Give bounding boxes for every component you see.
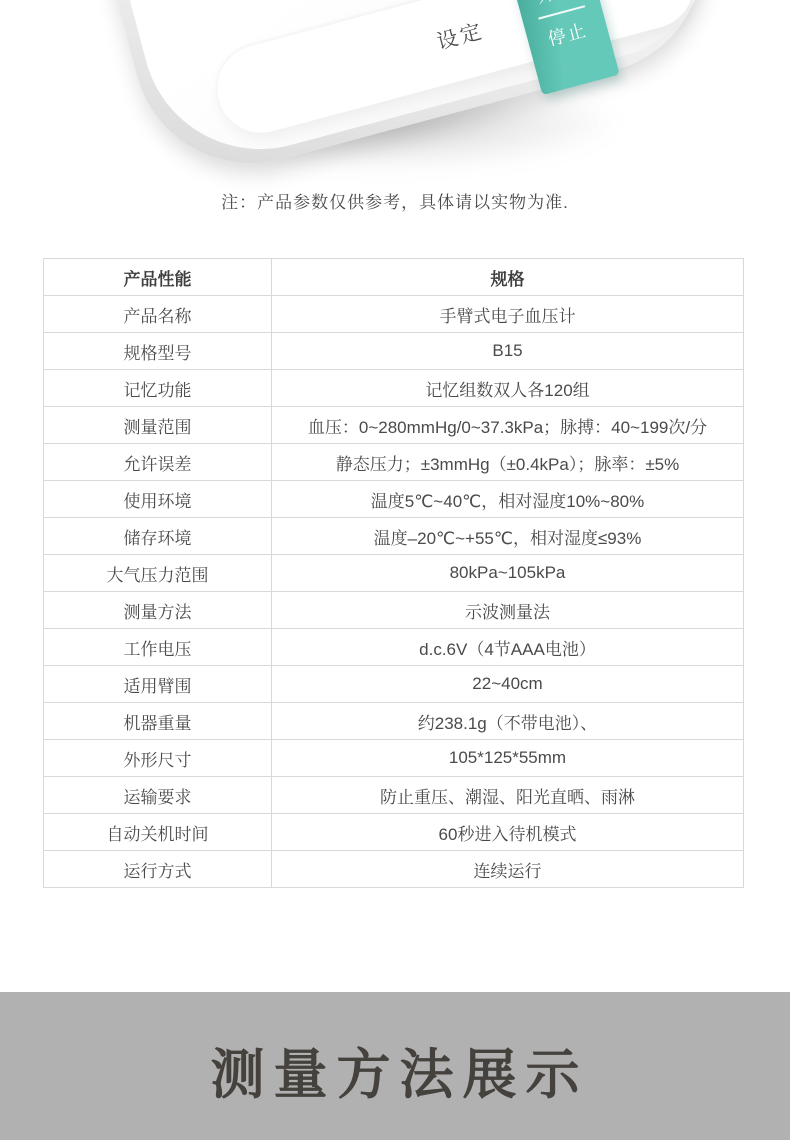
spec-label-cell: 产品名称 [44, 296, 272, 333]
spec-label-cell: 规格型号 [44, 333, 272, 370]
spec-header-spec: 规格 [272, 259, 744, 296]
table-row: 允许误差 静态压力；±3mmHg（±0.4kPa）；脉率：±5% [44, 444, 744, 481]
table-row: 自动关机时间 60秒进入待机模式 [44, 814, 744, 851]
table-row: 运输要求 防止重压、潮湿、阳光直晒、雨淋 [44, 777, 744, 814]
table-row: 产品名称 手臂式电子血压计 [44, 296, 744, 333]
table-row: 外形尺寸 105*125*55mm [44, 740, 744, 777]
spec-value-cell: 连续运行 [272, 851, 744, 888]
spec-value-cell: 温度–20℃~+55℃，相对湿度≤93% [272, 518, 744, 555]
disclaimer-note: 注：产品参数仅供参考，具体请以实物为准. [0, 188, 790, 213]
table-row: 大气压力范围 80kPa~105kPa [44, 555, 744, 592]
section-banner: 测量方法展示 [0, 992, 790, 1140]
spec-label-cell: 储存环境 [44, 518, 272, 555]
spec-label-cell: 使用环境 [44, 481, 272, 518]
spec-label-cell: 机器重量 [44, 703, 272, 740]
spec-label-cell: 运输要求 [44, 777, 272, 814]
table-row: 运行方式 连续运行 [44, 851, 744, 888]
device-start-stop-button: 开始 停止 [510, 0, 620, 95]
spec-value-cell: 22~40cm [272, 666, 744, 703]
spec-value-cell: d.c.6V（4节AAA电池） [272, 629, 744, 666]
product-photo: 设定 开始 停止 注：产品参数仅供参考，具体请以实物为准. [0, 0, 790, 232]
table-row: 使用环境 温度5℃~40℃，相对湿度10%~80% [44, 481, 744, 518]
spec-value-cell: 静态压力；±3mmHg（±0.4kPa）；脉率：±5% [272, 444, 744, 481]
spec-label-cell: 测量范围 [44, 407, 272, 444]
table-row: 适用臂围 22~40cm [44, 666, 744, 703]
spec-value-cell: 防止重压、潮湿、阳光直晒、雨淋 [272, 777, 744, 814]
spec-label-cell: 大气压力范围 [44, 555, 272, 592]
table-row: 机器重量 约238.1g（不带电池）、 [44, 703, 744, 740]
spec-label-cell: 外形尺寸 [44, 740, 272, 777]
spec-value-cell: 手臂式电子血压计 [272, 296, 744, 333]
spec-table: 产品性能 规格 产品名称 手臂式电子血压计 规格型号 B15 记忆功能 记忆组数… [43, 258, 744, 888]
spec-label-cell: 允许误差 [44, 444, 272, 481]
spec-label-cell: 自动关机时间 [44, 814, 272, 851]
spec-label-cell: 工作电压 [44, 629, 272, 666]
spec-value-cell: 约238.1g（不带电池）、 [272, 703, 744, 740]
spec-value-cell: B15 [272, 333, 744, 370]
spec-label-cell: 适用臂围 [44, 666, 272, 703]
spec-label-cell: 运行方式 [44, 851, 272, 888]
table-row: 规格型号 B15 [44, 333, 744, 370]
spec-value-cell: 60秒进入待机模式 [272, 814, 744, 851]
device-stop-label: 停止 [545, 16, 590, 51]
table-row: 测量范围 血压：0~280mmHg/0~37.3kPa；脉搏：40~199次/分 [44, 407, 744, 444]
table-row: 记忆功能 记忆组数双人各120组 [44, 370, 744, 407]
spec-label-cell: 测量方法 [44, 592, 272, 629]
spec-value-cell: 示波测量法 [272, 592, 744, 629]
spec-value-cell: 105*125*55mm [272, 740, 744, 777]
table-row: 储存环境 温度–20℃~+55℃，相对湿度≤93% [44, 518, 744, 555]
spec-value-cell: 温度5℃~40℃，相对湿度10%~80% [272, 481, 744, 518]
table-row: 工作电压 d.c.6V（4节AAA电池） [44, 629, 744, 666]
spec-label-cell: 记忆功能 [44, 370, 272, 407]
spec-value-cell: 血压：0~280mmHg/0~37.3kPa；脉搏：40~199次/分 [272, 407, 744, 444]
spec-header-performance: 产品性能 [44, 259, 272, 296]
spec-value-cell: 80kPa~105kPa [272, 555, 744, 592]
section-banner-title: 测量方法展示 [202, 1024, 589, 1109]
table-row: 测量方法 示波测量法 [44, 592, 744, 629]
spec-value-cell: 记忆组数双人各120组 [272, 370, 744, 407]
table-header-row: 产品性能 规格 [44, 259, 744, 296]
device-set-button: 设定 [433, 15, 487, 56]
